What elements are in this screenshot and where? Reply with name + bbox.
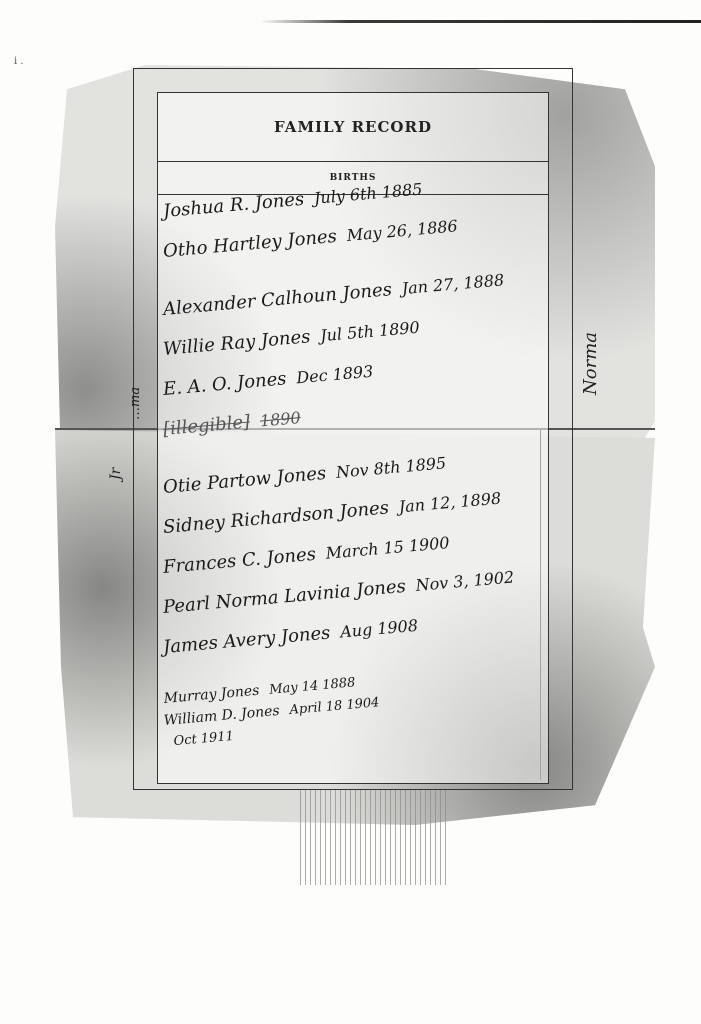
section-title: BIRTHS	[330, 173, 377, 183]
margin-note-right: Norma	[580, 332, 601, 395]
births-list: Joshua R. JonesJuly 6th 1885 Otho Hartle…	[164, 201, 544, 757]
scan-edge-rule	[260, 20, 701, 23]
paper-stub	[300, 790, 450, 885]
header-row: FAMILY RECORD	[158, 93, 548, 162]
document-title: FAMILY RECORD	[274, 118, 432, 136]
margin-note-left-bottom: Jr	[108, 468, 124, 480]
stray-mark: i .	[14, 56, 24, 67]
record-sheet: FAMILY RECORD BIRTHS Joshua R. JonesJuly…	[157, 92, 549, 784]
margin-note-left-top: …ma	[128, 387, 143, 420]
